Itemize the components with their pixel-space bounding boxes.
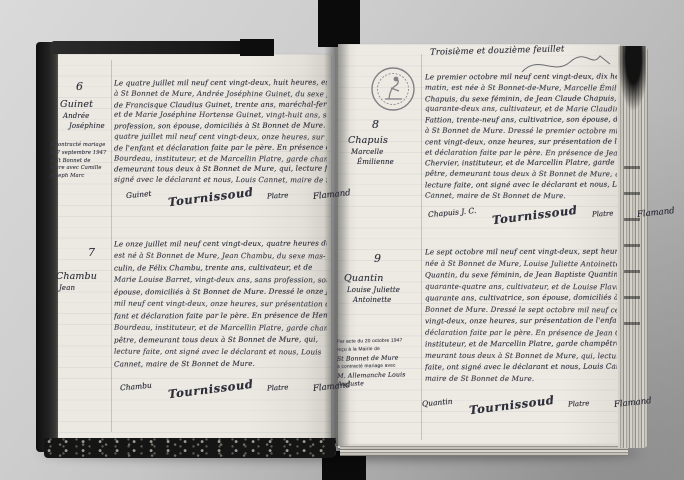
signature-row: ChambuTournissoudPlatreFlamand: [120, 382, 351, 396]
handwritten-line: le 7 septembre 1947: [50, 150, 112, 158]
handwritten-line: à St Bonnet de Mure. Dressé le premier o…: [425, 126, 617, 137]
handwritten-line: vingt-deux, onze heures, sur présentatio…: [425, 315, 617, 327]
handwritten-line: quarante-quatre ans, cultivateur, et de …: [425, 280, 617, 292]
handwritten-line: déclaration faite par le père. En présen…: [425, 326, 617, 338]
handwritten-line: fant et déclaration faite par le père. E…: [114, 310, 327, 323]
edge-ink-blotch: [618, 46, 646, 110]
handwritten-line: mil neuf cent vingt-deux, onze heures, s…: [114, 298, 327, 311]
handwritten-line: née à St Bonnet de Mure, Louise Juliette…: [425, 257, 617, 269]
margin-mention-note: a contracté mariagele 7 septembre 1947à …: [50, 142, 112, 181]
handwritten-line: lecture faite, ont signé avec le déclara…: [114, 346, 327, 359]
register-photo: 6 GuinetAndréeJoséphine a contracté mari…: [0, 0, 684, 480]
handwritten-line: Chapuis: [348, 134, 394, 147]
handwritten-line: pêtre, demeurant tous deux à St Bonnet d…: [425, 169, 617, 180]
handwritten-line: Jean: [59, 283, 97, 293]
handwritten-line: Cannet, maire de St Bonnet de Mure.: [114, 358, 327, 371]
handwritten-line: Guinet: [60, 98, 105, 111]
act-number: 6: [76, 80, 83, 93]
handwritten-line: lecture faite, ont signé avec le déclara…: [425, 180, 617, 192]
handwritten-line: de l'enfant et déclaration faite par le …: [114, 142, 327, 154]
signature: Guinet: [126, 189, 152, 200]
handwritten-line: Auguste: [337, 379, 419, 389]
right-margin-rule: [421, 54, 422, 440]
act-body: Le premier octobre mil neuf cent vingt-d…: [425, 72, 617, 202]
signature: Chambu: [120, 381, 152, 393]
handwritten-line: profession, son épouse, domiciliés à St …: [114, 121, 327, 133]
handwritten-line: signé avec le déclarant et nous, Louis C…: [114, 175, 327, 187]
book-cover-edge-top: [52, 41, 260, 54]
act-number: 9: [374, 252, 381, 265]
handwritten-line: Cannet, maire de St Bonnet de Mure.: [425, 190, 617, 201]
handwritten-line: Bourdeau, instituteur, et de Marcellin P…: [114, 322, 327, 335]
left-margin-rule: [111, 60, 112, 432]
stand-clamp-top: [318, 0, 360, 47]
signature: Flamand: [613, 396, 652, 410]
handwritten-line: Le onze juillet mil neuf cent vingt-deux…: [114, 238, 327, 251]
handwritten-line: Fattion, trente-neuf ans, cultivatrice, …: [425, 115, 617, 127]
act-body: Le sept octobre mil neuf cent vingt-deux…: [425, 246, 617, 384]
signature-row: GuinetTournissoudPlatreFlamand: [126, 190, 350, 204]
signature: Platre: [267, 191, 289, 200]
handwritten-line: est né à St Bonnet de Mure, Jean Chambu,…: [114, 250, 327, 263]
margin-name-block: QuantinLouise JulietteAntoinette: [344, 272, 400, 305]
marriage-mention-stamp-note: Par acte du 20 octobre 1947reçu à la Mai…: [336, 337, 419, 389]
signature: Flamand: [637, 206, 676, 220]
handwritten-line: à St Bonnet de Mure, Andrée Joséphine Gu…: [114, 88, 327, 100]
handwritten-line: Chambu: [56, 270, 97, 283]
signature: Quantin: [422, 397, 453, 409]
handwritten-line: quatre juillet mil neuf cent vingt-deux,…: [114, 132, 327, 144]
handwritten-line: matin, est née à St Bonnet-de-Mure, Marc…: [425, 82, 617, 93]
signature: Flamand: [312, 188, 351, 202]
handwritten-line: Andrée: [63, 111, 105, 121]
handwritten-line: Le sept octobre mil neuf cent vingt-deux…: [425, 246, 617, 258]
handwritten-line: Joseph Marc: [50, 173, 112, 181]
act-number: 8: [372, 118, 379, 131]
handwritten-line: Joséphine: [69, 121, 105, 131]
handwritten-line: a contracté mariage: [50, 142, 112, 150]
handwritten-line: maire de St Bonnet de Mure.: [425, 372, 617, 384]
act-body: Le onze juillet mil neuf cent vingt-deux…: [114, 238, 327, 370]
signature: Platre: [592, 209, 614, 218]
handwritten-line: cent vingt-deux, onze heures, sur présen…: [425, 136, 617, 148]
book-cover-marbled-bottom: [44, 438, 336, 458]
handwritten-line: Quantin, du sexe féminin, de Jean Baptis…: [425, 269, 617, 281]
edge-ink-streaks: [624, 166, 640, 346]
handwritten-line: épouse, domiciliés à St Bonnet de Mure. …: [114, 286, 327, 299]
act-number: 7: [88, 246, 95, 259]
signature: Chapuis J. C.: [428, 206, 477, 219]
margin-name-block: ChapuisMarcelleÉmilienne: [348, 134, 394, 167]
handwritten-line: Louise Juliette: [347, 285, 400, 295]
handwritten-line: culin, de Félix Chambu, trente ans, cult…: [114, 262, 327, 275]
handwritten-line: Marie Louise Barret, vingt-deux ans, san…: [114, 274, 327, 287]
handwritten-line: meurant tous deux à St Bonnet de Mure, q…: [425, 349, 617, 361]
signature: Platre: [267, 383, 289, 392]
page-stack-bottom-edge: [340, 444, 628, 456]
handwritten-line: Bonnet de Mure. Dressé le sept octobre m…: [425, 303, 617, 315]
handwritten-line: Le premier octobre mil neuf cent vingt-d…: [425, 72, 617, 84]
handwritten-line: Marcelle: [351, 147, 394, 157]
republique-round-seal-stamp: [370, 66, 416, 112]
handwritten-line: faite, ont signé avec le déclarant et no…: [425, 361, 617, 373]
handwritten-line: instituteur, et de Marcellin Platre, gar…: [425, 338, 617, 350]
handwritten-line: Antoinette: [353, 295, 400, 305]
book-cover-edge-left: [36, 42, 58, 452]
handwritten-line: Quantin: [344, 272, 400, 285]
signature: Platre: [568, 399, 590, 408]
handwritten-line: quarante ans, cultivatrice, son épouse, …: [425, 292, 617, 304]
page-stack-right-edge: [618, 46, 648, 448]
handwritten-line: Émilienne: [357, 157, 394, 167]
margin-name-block: GuinetAndréeJoséphine: [60, 98, 105, 131]
handwritten-line: Le quatre juillet mil neuf cent vingt-de…: [114, 78, 327, 90]
margin-name-block: ChambuJean: [56, 270, 97, 293]
signature-row: Chapuis J. C.TournissoudPlatreFlamand: [428, 208, 675, 222]
act-body: Le quatre juillet mil neuf cent vingt-de…: [114, 78, 327, 186]
handwritten-line: pêtre, demeurant tous deux à St Bonnet d…: [114, 334, 327, 347]
signature-row: QuantinTournissoudPlatreFlamand: [422, 398, 651, 412]
